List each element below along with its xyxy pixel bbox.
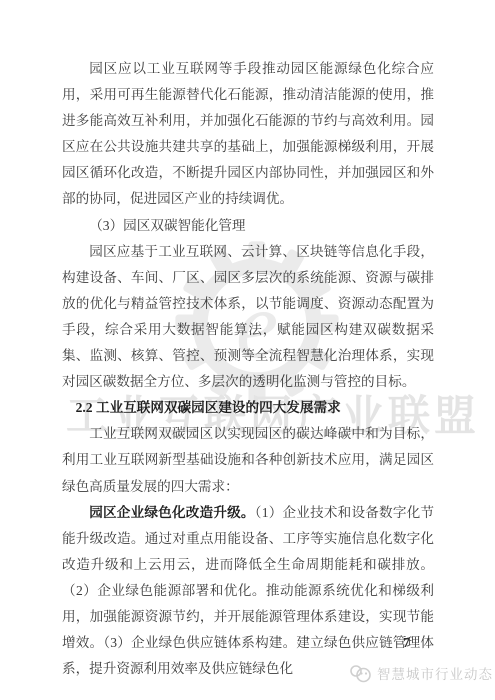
subheading-smart-management: （3）园区双碳智能化管理 [62,213,434,239]
paragraph-enterprise-upgrade: 园区企业绿色化改造升级。（1）企业技术和设备数字化节能升级改造。通过对重点用能设… [62,500,434,683]
channel-logo-icon [349,664,373,683]
page-body: 园区应以工业互联网等手段推动园区能源绿色化综合应用，采用可再生能源替代化石能源，… [62,56,434,682]
document-page: e 工业互联网产业联盟 Alliance of Industrial Inter… [0,0,495,700]
page-number: 7 [403,635,410,651]
paragraph-lead-rest: （1）企业技术和设备数字化节能升级改造。通过对重点用能设备、工序等实施信息化数字… [62,505,434,677]
section-heading-2-2: 2.2 工业互联网双碳园区建设的四大发展需求 [62,395,434,421]
paragraph-smart-management: 园区应基于工业互联网、云计算、区块链等信息化手段，构建设备、车间、厂区、园区多层… [62,239,434,396]
paragraph-four-demands-intro: 工业互联网双碳园区以实现园区的碳达峰碳中和为目标，利用工业互联网新型基础设施和各… [62,421,434,499]
paragraph-energy-green: 园区应以工业互联网等手段推动园区能源绿色化综合应用，采用可再生能源替代化石能源，… [62,56,434,213]
channel-watermark: 智慧城市行业动态 [349,663,493,683]
paragraph-lead-bold: 园区企业绿色化改造升级。 [89,505,255,520]
channel-watermark-label: 智慧城市行业动态 [377,663,493,683]
